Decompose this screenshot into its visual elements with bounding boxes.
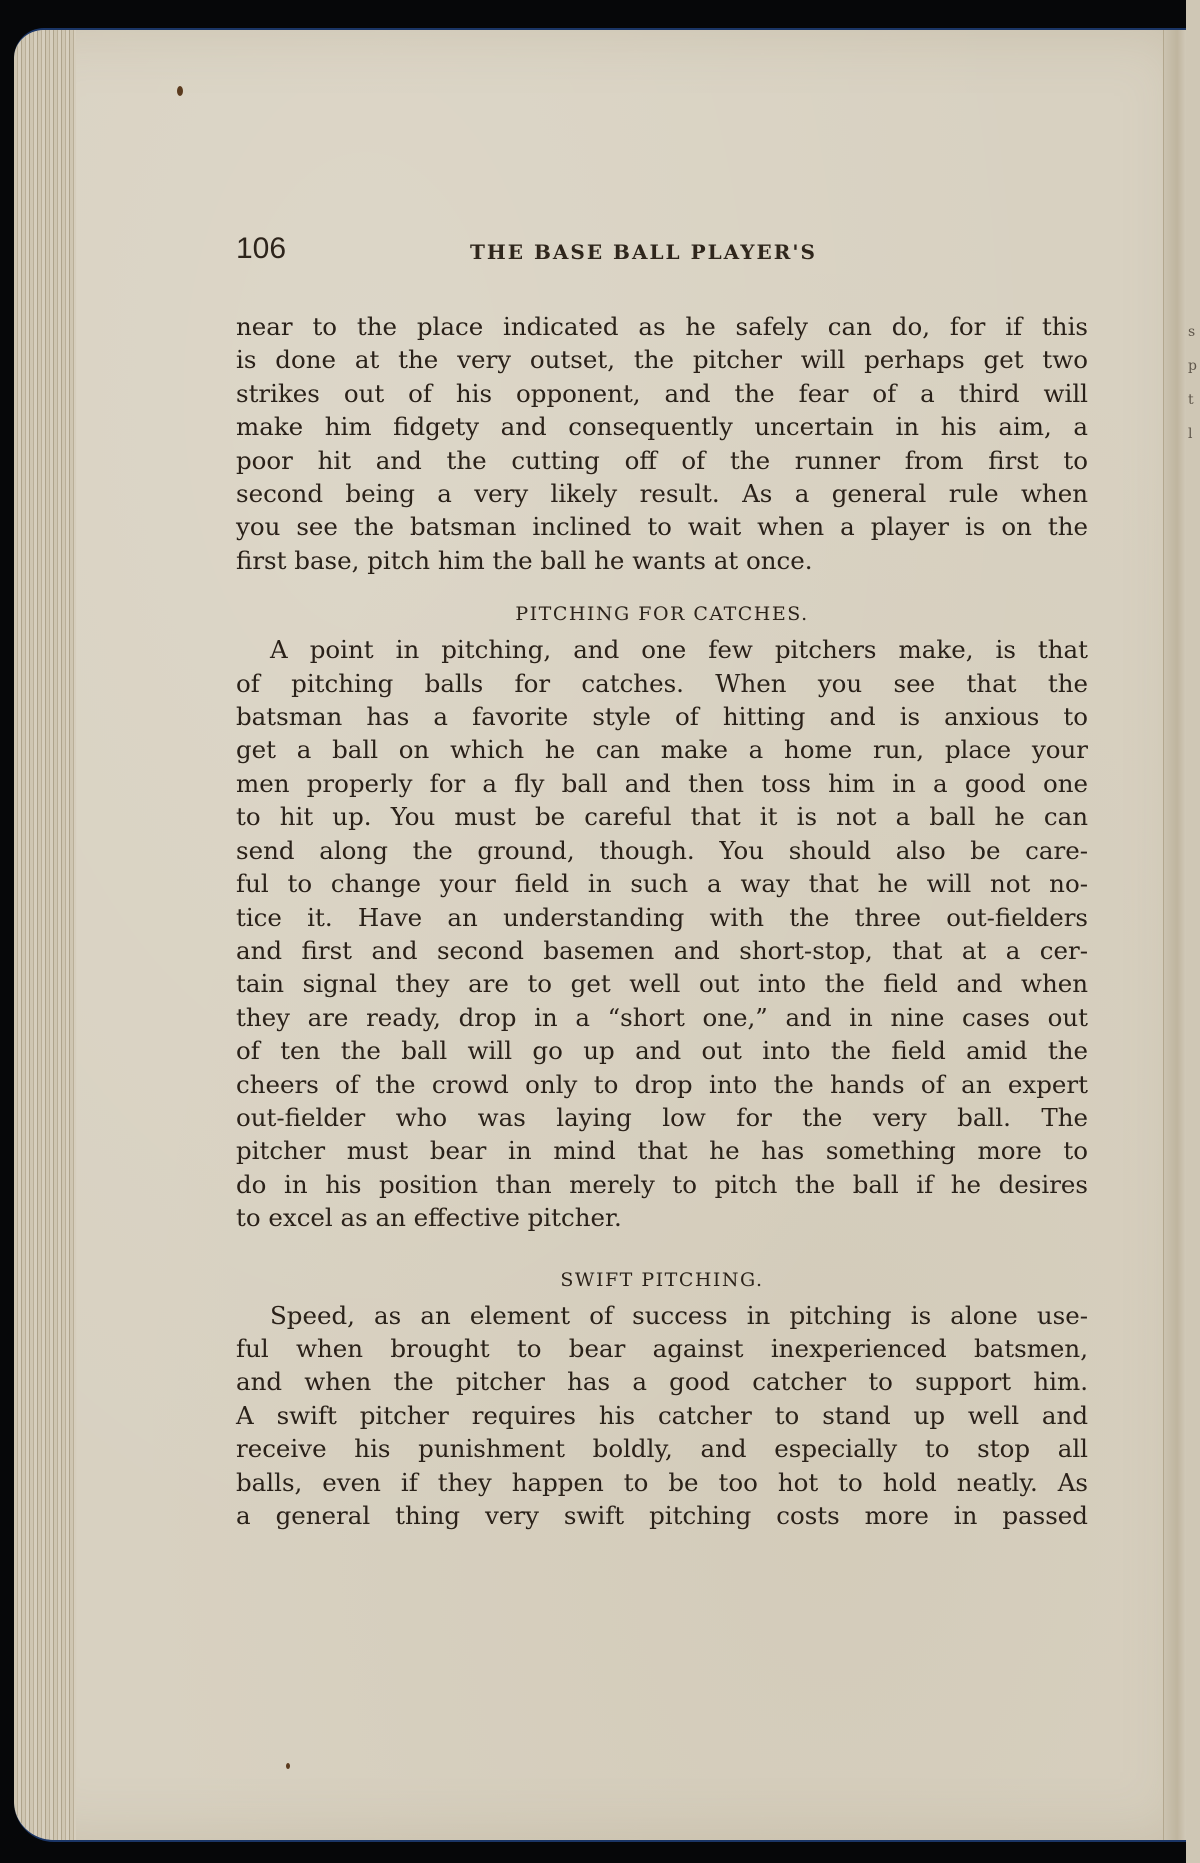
text-line: is done at the very outset, the pitcher … [236,343,1088,376]
text-line: strikes out of his opponent, and the fea… [236,377,1088,410]
text-line: to hit up. You must be careful that it i… [236,800,1088,833]
text-line: A swift pitcher requires his catcher to … [236,1399,1088,1432]
text-line: tice it. Have an understanding with the … [236,901,1088,934]
page-edges-stack [14,30,76,1840]
facing-fragment: s [1188,315,1198,349]
text-line: receive his punishment boldly, and espec… [236,1432,1088,1465]
text-line: and when the pitcher has a good catcher … [236,1365,1088,1398]
text-line: men properly for a fly ball and then tos… [236,767,1088,800]
section-paragraph-pitching-for-catches: A point in pitching, and one few pitcher… [236,633,1088,1234]
book-gutter [1163,30,1186,1840]
ink-spot [177,86,183,96]
text-line: make him fidgety and consequently uncert… [236,410,1088,443]
text-line: pitcher must bear in mind that he has so… [236,1134,1088,1167]
text-line: batsman has a favorite style of hitting … [236,700,1088,733]
page-number: 106 [236,232,286,266]
running-head: 106 THE BASE BALL PLAYER'S [236,232,1088,272]
text-line: Speed, as an element of success in pitch… [236,1299,1088,1332]
section-heading-swift-pitching: SWIFT PITCHING. [236,1269,1088,1291]
text-line: and first and second basemen and short-s… [236,934,1088,967]
text-line: you see the batsman inclined to wait whe… [236,510,1088,543]
text-line: a general thing very swift pitching cost… [236,1499,1088,1532]
text-line: get a ball on which he can make a home r… [236,733,1088,766]
text-line: second being a very likely result. As a … [236,477,1088,510]
text-line: out-fielder who was laying low for the v… [236,1101,1088,1134]
running-title: THE BASE BALL PLAYER'S [470,240,817,264]
text-line: to excel as an effective pitcher. [236,1201,1088,1234]
section-paragraph-swift-pitching: Speed, as an element of success in pitch… [236,1299,1088,1533]
text-line: A point in pitching, and one few pitcher… [236,633,1088,666]
text-line: tain signal they are to get well out int… [236,967,1088,1000]
section-heading-pitching-for-catches: PITCHING FOR CATCHES. [236,603,1088,625]
text-line: poor hit and the cutting off of the runn… [236,444,1088,477]
facing-page-fragments: s p t l [1188,315,1198,451]
facing-fragment: t [1188,383,1198,417]
text-line: cheers of the crowd only to drop into th… [236,1068,1088,1101]
ink-spot [286,1763,290,1769]
facing-fragment: l [1188,417,1198,451]
text-line: first base, pitch him the ball he wants … [236,544,1088,577]
opening-paragraph: near to the place indicated as he safely… [236,310,1088,577]
text-line: near to the place indicated as he safely… [236,310,1088,343]
text-line: do in his position than merely to pitch … [236,1168,1088,1201]
facing-fragment: p [1188,349,1198,383]
text-line: send along the ground, though. You shoul… [236,834,1088,867]
text-line: ful to change your field in such a way t… [236,867,1088,900]
text-line: of pitching balls for catches. When you … [236,667,1088,700]
text-line: ful when brought to bear against inexper… [236,1332,1088,1365]
facing-page-strip: s p t l [1186,0,1200,1863]
text-line: balls, even if they happen to be too hot… [236,1466,1088,1499]
page-content: 106 THE BASE BALL PLAYER'S near to the p… [236,232,1088,1532]
text-line: of ten the ball will go up and out into … [236,1034,1088,1067]
text-line: they are ready, drop in a “short one,” a… [236,1001,1088,1034]
